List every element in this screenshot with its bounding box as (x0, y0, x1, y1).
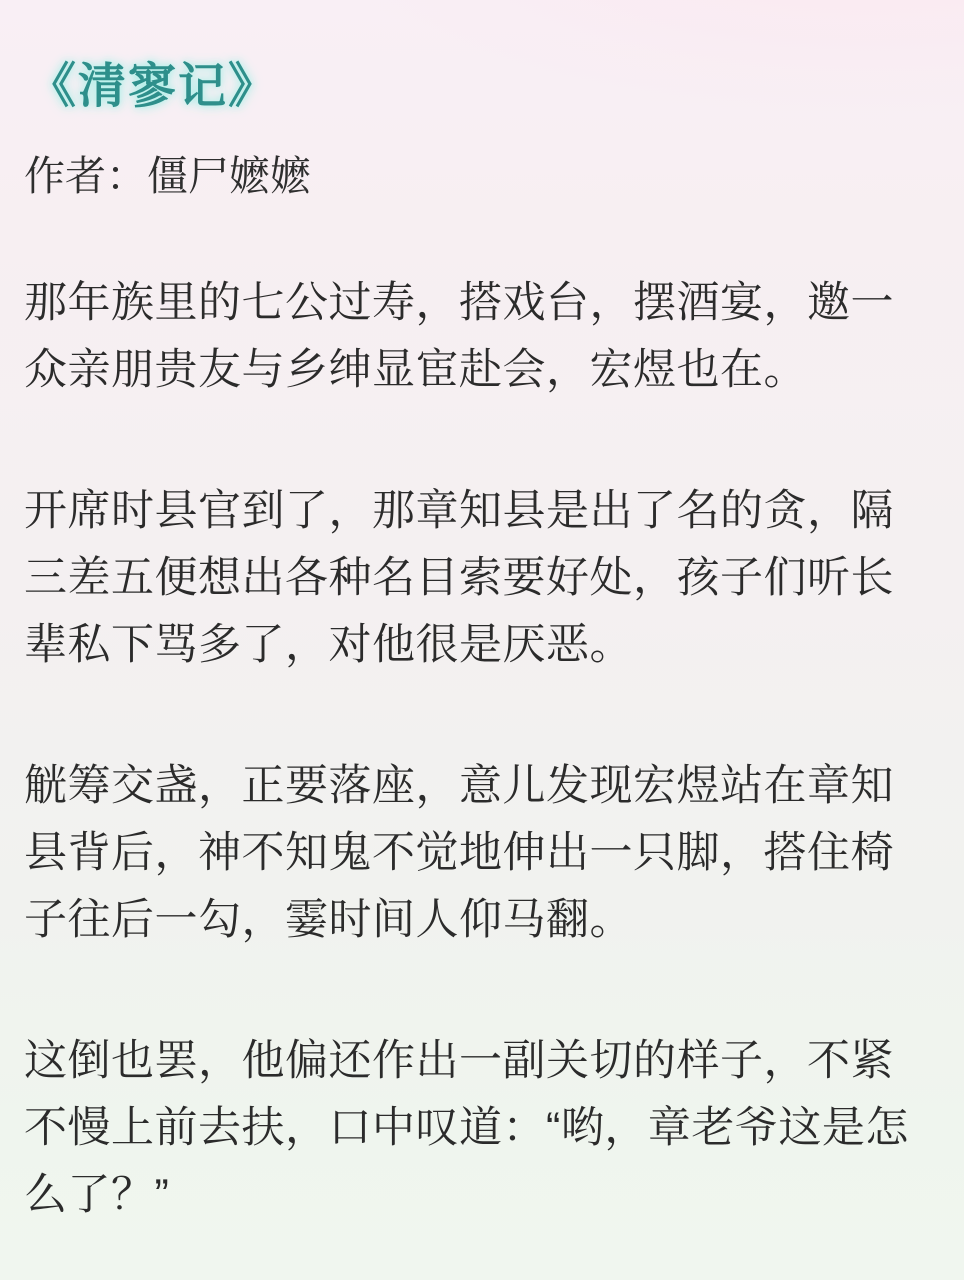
paragraph-4: 这倒也罢，他偏还作出一副关切的样子，不紧不慢上前去扶，口中叹道：“哟，章老爷这是… (24, 1028, 936, 1229)
paragraph-1: 那年族里的七公过寿，搭戏台，摆酒宴，邀一众亲朋贵友与乡绅显宦赴会，宏煜也在。 (24, 270, 936, 404)
paragraph-3: 觥筹交盏，正要落座，意儿发现宏煜站在章知县背后，神不知鬼不觉地伸出一只脚，搭住椅… (24, 753, 936, 954)
reader-page: 《清寥记》 作者：僵尸嬷嬷 那年族里的七公过寿，搭戏台，摆酒宴，邀一众亲朋贵友与… (0, 0, 964, 1280)
novel-title: 《清寥记》 (28, 56, 936, 118)
author-line: 作者：僵尸嬷嬷 (24, 152, 936, 200)
paragraph-2: 开席时县官到了，那章知县是出了名的贪，隔三差五便想出各种名目索要好处，孩子们听长… (24, 478, 936, 679)
